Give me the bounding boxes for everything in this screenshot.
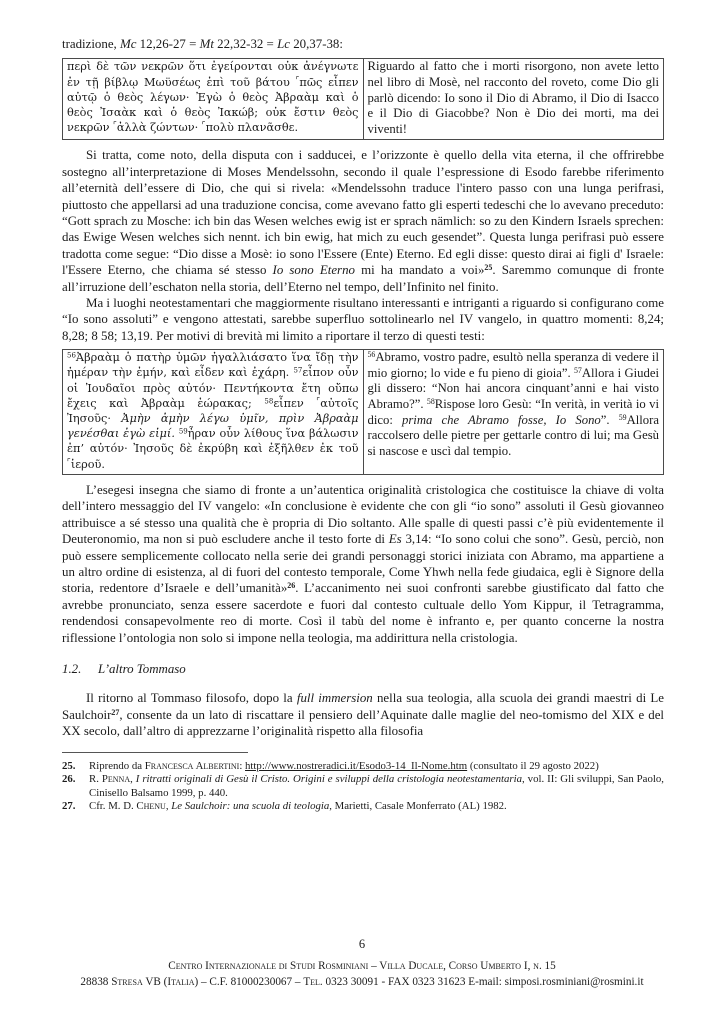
synoptic-gospel-table: περὶ δὲ τῶν νεκρῶν ὅτι ἐγείρονται οὐκ ἀν… — [62, 58, 664, 140]
page-number: 6 — [0, 936, 724, 952]
footer-line-1: Centro Internazionale di Studi Rosminian… — [0, 959, 724, 975]
italian-translation-cell-john: 56Abramo, vostro padre, esultò nella spe… — [363, 350, 664, 475]
intro-line: tradizione, Mc 12,26-27 = Mt 22,32-32 = … — [62, 36, 664, 52]
john-gospel-table: 56Ἀβραὰμ ὁ πατὴρ ὑμῶν ἠγαλλιάσατο ἵνα ἴδ… — [62, 349, 664, 475]
body-paragraph-3: L’esegesi insegna che siamo di fronte a … — [62, 482, 664, 646]
body-paragraph-2: Ma i luoghi neotestamentari che maggiorm… — [62, 295, 664, 344]
section-heading: 1.2.L’altro Tommaso — [62, 661, 664, 677]
footnote-text: Cfr. M. D. Chenu, Le Saulchoir: una scuo… — [89, 800, 507, 812]
footnote-26: 26. R. Penna, I ritratti originali di Ge… — [62, 773, 664, 800]
body-paragraph-4: Il ritorno al Tommaso filosofo, dopo la … — [62, 690, 664, 739]
footer-line-2: 28838 Stresa VB (Italia) – C.F. 81000230… — [0, 975, 724, 991]
footnote-25: 25. Riprendo da Francesca Albertini: htt… — [62, 760, 664, 774]
footnote-separator — [62, 752, 248, 753]
document-page: tradizione, Mc 12,26-27 = Mt 22,32-32 = … — [0, 0, 724, 1024]
footnote-number: 27. — [62, 800, 76, 814]
footnote-url-link[interactable]: http://www.nostreradici.it/Esodo3-14_Il-… — [245, 760, 467, 772]
body-paragraph-1: Si tratta, come noto, della disputa con … — [62, 147, 664, 295]
footnote-27: 27. Cfr. M. D. Chenu, Le Saulchoir: una … — [62, 800, 664, 814]
page-footer: 6 Centro Internazionale di Studi Rosmini… — [0, 936, 724, 990]
footnote-number: 25. — [62, 760, 76, 774]
footnote-text: Riprendo da Francesca Albertini: http://… — [89, 760, 599, 772]
italian-translation-cell-mark: Riguardo al fatto che i morti risorgono,… — [363, 59, 664, 140]
greek-text-cell-mark: περὶ δὲ τῶν νεκρῶν ὅτι ἐγείρονται οὐκ ἀν… — [63, 59, 364, 140]
footnote-number: 26. — [62, 773, 76, 787]
footnote-text: R. Penna, I ritratti originali di Gesù i… — [89, 773, 664, 799]
greek-text-cell-john: 56Ἀβραὰμ ὁ πατὴρ ὑμῶν ἠγαλλιάσατο ἵνα ἴδ… — [63, 350, 364, 475]
section-title: L’altro Tommaso — [98, 662, 186, 676]
section-number: 1.2. — [62, 661, 98, 677]
